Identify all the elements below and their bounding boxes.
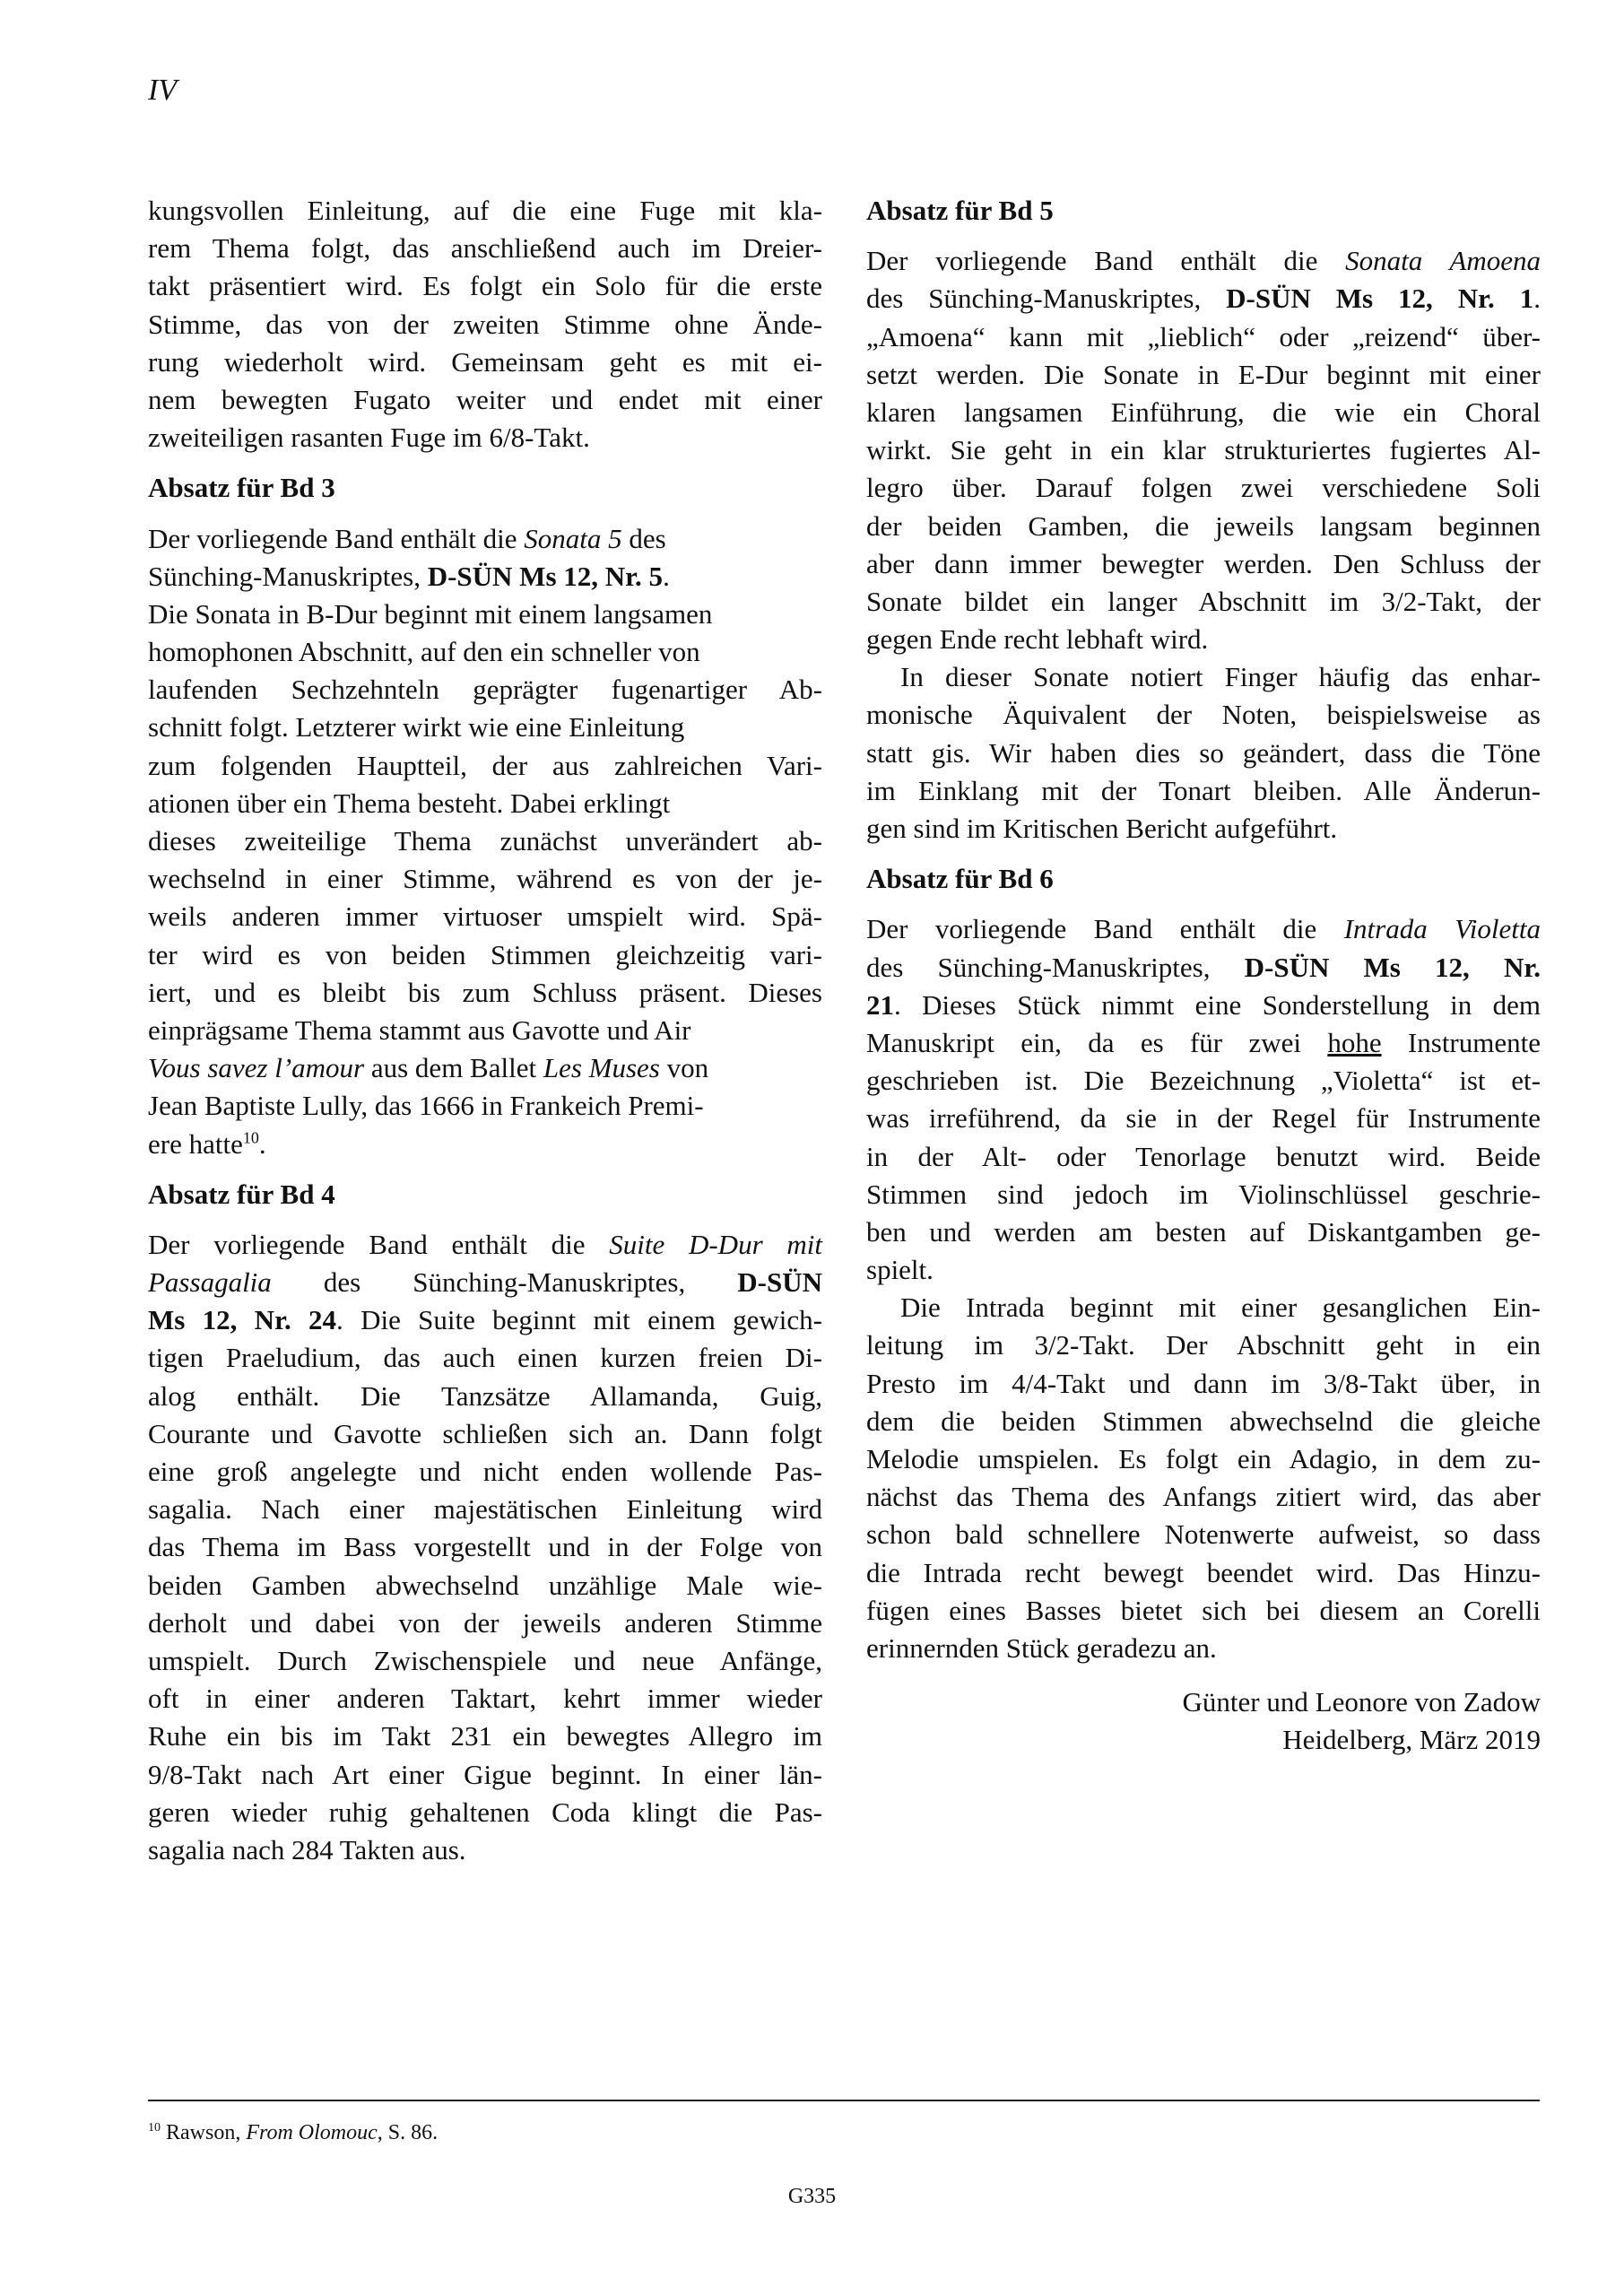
section-heading-bd6: Absatz für Bd 6 bbox=[866, 860, 1541, 898]
text-line: „Amoena“ kann mit „lieblich“ oder „reize… bbox=[866, 318, 1541, 356]
text-line: spielt. bbox=[866, 1251, 1541, 1289]
text-line: laufenden Sechzehnteln geprägter fugenar… bbox=[148, 671, 822, 709]
text-line: Ms 12, Nr. 24. Die Suite beginnt mit ein… bbox=[148, 1301, 822, 1339]
paragraph-bd6: Der vorliegende Band enthält die Intrada… bbox=[866, 910, 1541, 1289]
text-line: Sünching-Manuskriptes, D-SÜN Ms 12, Nr. … bbox=[148, 558, 822, 596]
paragraph-bd6-intrada: Die Intrada beginnt mit einer gesanglich… bbox=[866, 1289, 1541, 1667]
text-line: zweiteiligen rasanten Fuge im 6/8-Takt. bbox=[148, 419, 822, 457]
text-line: nem bewegten Fugato weiter und endet mit… bbox=[148, 381, 822, 419]
shelfmark: D-SÜN Ms 12, Nr. 5 bbox=[428, 561, 663, 592]
text-line: ben und werden am besten auf Diskantgamb… bbox=[866, 1213, 1541, 1251]
text-line: gegen Ende recht lebhaft wird. bbox=[866, 621, 1541, 658]
shelfmark: D-SÜN Ms 12, Nr. 1 bbox=[1226, 283, 1533, 314]
paragraph-bd4: Der vorliegende Band enthält die Suite D… bbox=[148, 1226, 822, 1869]
text-line: 9/8-Takt nach Art einer Gigue beginnt. I… bbox=[148, 1756, 822, 1794]
work-title: Passagalia bbox=[148, 1266, 272, 1298]
work-title: Sonata Amoena bbox=[1345, 245, 1541, 276]
text-line: erinnernden Stück geradezu an. bbox=[866, 1630, 1541, 1667]
text-line: nächst das Thema des Anfangs zitiert wir… bbox=[866, 1478, 1541, 1516]
text-line: in der Alt- oder Tenorlage benutzt wird.… bbox=[866, 1138, 1541, 1176]
shelfmark: Ms 12, Nr. 24 bbox=[148, 1304, 336, 1335]
text-line: schon bald schnellere Notenwerte aufweis… bbox=[866, 1516, 1541, 1553]
text-line: geschrieben ist. Die Bezeichnung „Violet… bbox=[866, 1062, 1541, 1100]
text-line: Die Intrada beginnt mit einer gesanglich… bbox=[866, 1289, 1541, 1326]
text-line: gen sind im Kritischen Bericht aufgeführ… bbox=[866, 810, 1541, 848]
text-line: Sonate bildet ein langer Abschnitt im 3/… bbox=[866, 583, 1541, 621]
paragraph-bd5-notation: In dieser Sonate notiert Finger häufig d… bbox=[866, 658, 1541, 848]
work-title: Suite D-Dur mit bbox=[609, 1229, 822, 1260]
text-line: takt präsentiert wird. Es folgt ein Solo… bbox=[148, 267, 822, 305]
text-line: schnitt folgt. Letzterer wirkt wie eine … bbox=[148, 709, 822, 746]
text-line: oft in einer anderen Taktart, kehrt imme… bbox=[148, 1680, 822, 1718]
text-line: beiden Gamben abwechselnd unzählige Male… bbox=[148, 1567, 822, 1605]
text-line: sagalia. Nach einer majestätischen Einle… bbox=[148, 1491, 822, 1528]
text-line: zum folgenden Hauptteil, der aus zahlrei… bbox=[148, 747, 822, 785]
ballet-title: Les Muses bbox=[543, 1052, 660, 1083]
footnote-title: From Olomouc bbox=[246, 2121, 377, 2144]
text-line: Der vorliegende Band enthält die Sonata … bbox=[148, 520, 822, 558]
text-line: Jean Baptiste Lully, das 1666 in Frankei… bbox=[148, 1087, 822, 1125]
text-line: In dieser Sonate notiert Finger häufig d… bbox=[866, 658, 1541, 696]
text-line: des Sünching-Manuskriptes, D-SÜN Ms 12, … bbox=[866, 949, 1541, 987]
text-line: die Intrada recht bewegt beendet wird. D… bbox=[866, 1554, 1541, 1592]
text-line: homophonen Abschnitt, auf den ein schnel… bbox=[148, 633, 822, 671]
text-line: wirkt. Sie geht in ein klar strukturiert… bbox=[866, 431, 1541, 469]
text-line: iert, und es bleibt bis zum Schluss präs… bbox=[148, 974, 822, 1012]
text-line: der beiden Gamben, die jeweils langsam b… bbox=[866, 508, 1541, 545]
intro-paragraph: kungsvollen Einleitung, auf die eine Fug… bbox=[148, 192, 822, 457]
text-line: im Einklang mit der Tonart bleiben. Alle… bbox=[866, 772, 1541, 810]
work-title: Intrada Violetta bbox=[1344, 913, 1541, 944]
text-line: Passagalia des Sünching-Manuskriptes, D-… bbox=[148, 1264, 822, 1301]
text-line: 21. Dieses Stück nimmt eine Sonderstellu… bbox=[866, 987, 1541, 1024]
signature-block: Günter und Leonore von Zadow Heidelberg,… bbox=[866, 1683, 1541, 1759]
shelfmark: 21 bbox=[866, 989, 894, 1021]
text-line: legro über. Darauf folgen zwei verschied… bbox=[866, 469, 1541, 507]
text-line: Stimme, das von der zweiten Stimme ohne … bbox=[148, 306, 822, 344]
left-column: kungsvollen Einleitung, auf die eine Fug… bbox=[148, 192, 822, 1869]
text-line: ter wird es von beiden Stimmen gleichzei… bbox=[148, 936, 822, 974]
text-line: Melodie umspielen. Es folgt ein Adagio, … bbox=[866, 1440, 1541, 1478]
text-line: Der vorliegende Band enthält die Intrada… bbox=[866, 910, 1541, 948]
section-heading-bd4: Absatz für Bd 4 bbox=[148, 1176, 822, 1213]
text-line: geren wieder ruhig gehaltenen Coda kling… bbox=[148, 1794, 822, 1831]
text-line: das Thema im Bass vorgestellt und in der… bbox=[148, 1528, 822, 1566]
signature-authors: Günter und Leonore von Zadow bbox=[866, 1683, 1541, 1721]
footnote-number: 10 bbox=[148, 2121, 161, 2135]
text-line: Ruhe ein bis im Takt 231 ein bewegtes Al… bbox=[148, 1718, 822, 1755]
footnote: 10 Rawson, From Olomouc, S. 86. bbox=[148, 2119, 438, 2146]
text-line: alog enthält. Die Tanzsätze Allamanda, G… bbox=[148, 1378, 822, 1415]
text-line: Stimmen sind jedoch im Violinschlüssel g… bbox=[866, 1176, 1541, 1213]
folio-number: G335 bbox=[0, 2185, 1624, 2209]
paragraph-bd5: Der vorliegende Band enthält die Sonata … bbox=[866, 242, 1541, 658]
text-line: Manuskript ein, da es für zwei hohe Inst… bbox=[866, 1024, 1541, 1062]
emphasis-underlined: hohe bbox=[1327, 1027, 1381, 1058]
text-line: Presto im 4/4-Takt und dann im 3/8-Takt … bbox=[866, 1365, 1541, 1403]
text-line: was irreführend, da sie in der Regel für… bbox=[866, 1100, 1541, 1137]
text-line: klaren langsamen Einführung, die wie ein… bbox=[866, 394, 1541, 431]
text-line: dieses zweiteilige Thema zunächst unverä… bbox=[148, 822, 822, 860]
shelfmark: D-SÜN bbox=[737, 1266, 822, 1298]
text-line: Courante und Gavotte schließen sich an. … bbox=[148, 1415, 822, 1453]
text-line: des Sünching-Manuskriptes, D-SÜN Ms 12, … bbox=[866, 280, 1541, 317]
work-title: Sonata 5 bbox=[524, 523, 621, 554]
text-line: sagalia nach 284 Takten aus. bbox=[148, 1831, 822, 1869]
text-line: weils anderen immer virtuoser umspielt w… bbox=[148, 898, 822, 935]
signature-place-date: Heidelberg, März 2019 bbox=[866, 1721, 1541, 1759]
text-line: derholt und dabei von der jeweils andere… bbox=[148, 1605, 822, 1642]
paragraph-bd3: Der vorliegende Band enthält die Sonata … bbox=[148, 520, 822, 1163]
text-line: statt gis. Wir haben dies so geändert, d… bbox=[866, 735, 1541, 772]
text-line: rem Thema folgt, das anschließend auch i… bbox=[148, 230, 822, 267]
shelfmark: D-SÜN Ms 12, Nr. bbox=[1245, 952, 1541, 983]
text-line: tigen Praeludium, das auch einen kurzen … bbox=[148, 1339, 822, 1377]
text-line: wechselnd in einer Stimme, während es vo… bbox=[148, 860, 822, 898]
text-line: fügen eines Basses bietet sich bei diese… bbox=[866, 1592, 1541, 1630]
text-line: setzt werden. Die Sonate in E-Dur beginn… bbox=[866, 356, 1541, 394]
text-line: aber dann immer bewegter werden. Den Sch… bbox=[866, 545, 1541, 583]
text-line: kungsvollen Einleitung, auf die eine Fug… bbox=[148, 192, 822, 230]
text-line: umspielt. Durch Zwischenspiele und neue … bbox=[148, 1642, 822, 1680]
text-line: ationen über ein Thema besteht. Dabei er… bbox=[148, 785, 822, 822]
text-line: leitung im 3/2-Takt. Der Abschnitt geht … bbox=[866, 1326, 1541, 1364]
text-line: eine groß angelegte und nicht enden woll… bbox=[148, 1453, 822, 1491]
text-line: Die Sonata in B-Dur beginnt mit einem la… bbox=[148, 596, 822, 633]
section-heading-bd3: Absatz für Bd 3 bbox=[148, 469, 822, 507]
air-title: Vous savez l’amour bbox=[148, 1052, 364, 1083]
text-line: rung wiederholt wird. Gemeinsam geht es … bbox=[148, 344, 822, 381]
text-line: dem die beiden Stimmen abwechselnd die g… bbox=[866, 1403, 1541, 1440]
text-line: ere hatte10. bbox=[148, 1126, 822, 1163]
page-number: IV bbox=[148, 74, 177, 108]
text-line: Der vorliegende Band enthält die Suite D… bbox=[148, 1226, 822, 1264]
section-heading-bd5: Absatz für Bd 5 bbox=[866, 192, 1541, 230]
text-line: Vous savez l’amour aus dem Ballet Les Mu… bbox=[148, 1049, 822, 1087]
text-line: einprägsame Thema stammt aus Gavotte und… bbox=[148, 1012, 822, 1049]
footnote-reference[interactable]: 10 bbox=[243, 1128, 259, 1146]
text-line: monische Äquivalent der Noten, beispiels… bbox=[866, 696, 1541, 734]
right-column: Absatz für Bd 5 Der vorliegende Band ent… bbox=[866, 192, 1541, 1760]
footnote-divider bbox=[148, 2100, 1540, 2101]
text-line: Der vorliegende Band enthält die Sonata … bbox=[866, 242, 1541, 280]
